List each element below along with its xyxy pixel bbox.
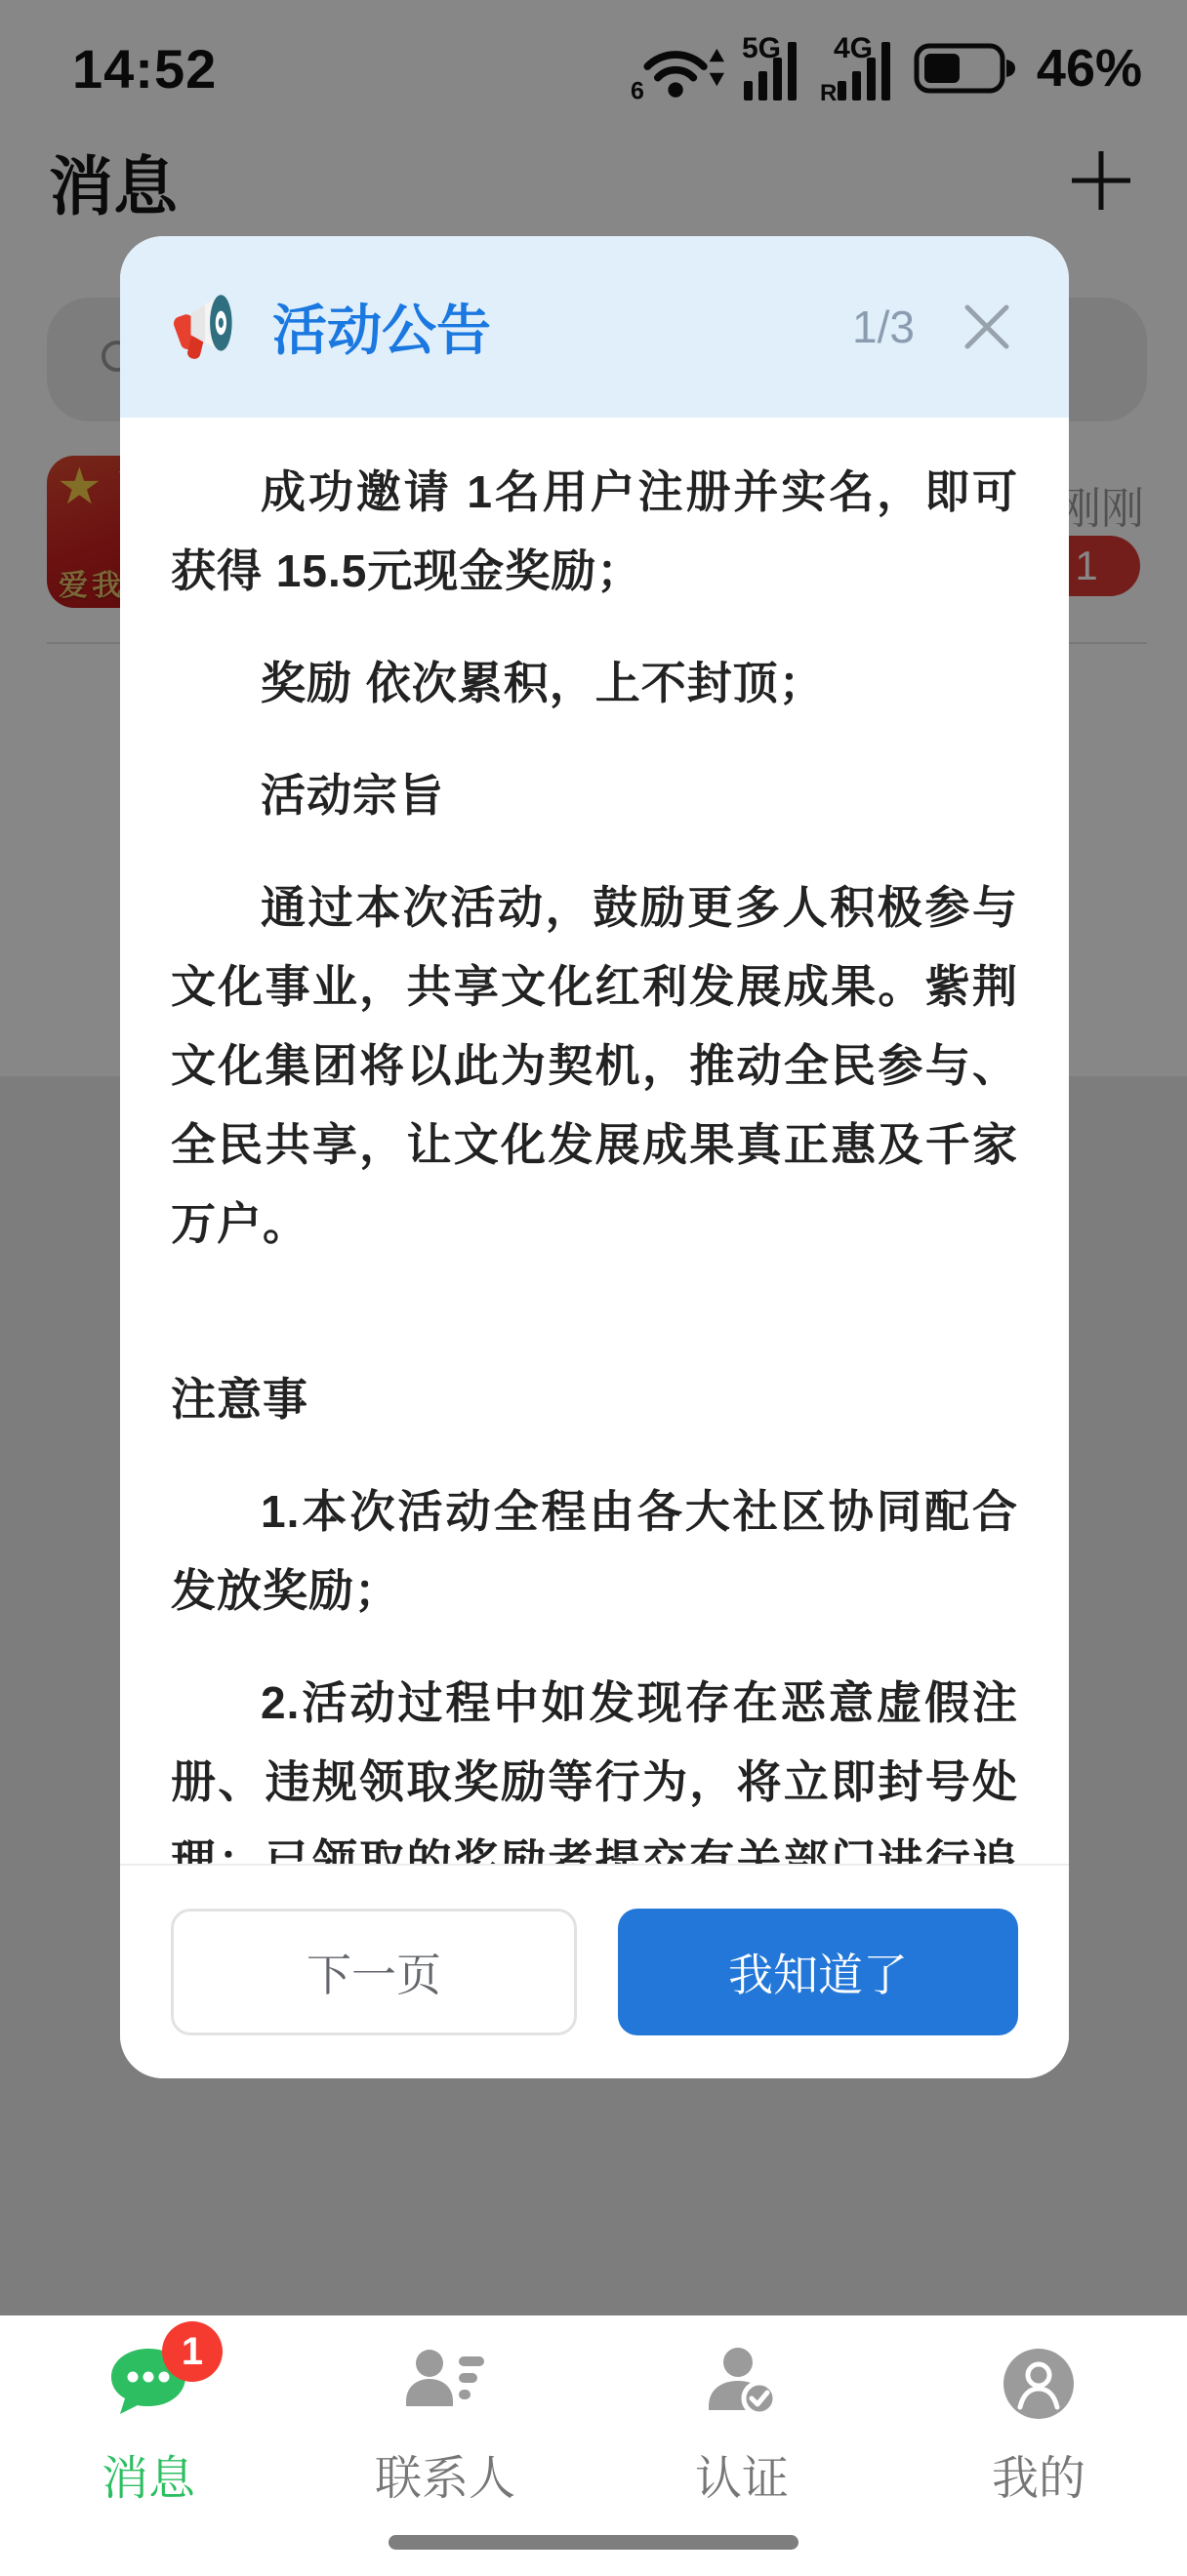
- announcement-paragraph: 活动宗旨: [171, 756, 1018, 835]
- app-screen: 14:52 6 5G R 4G: [0, 0, 1187, 2576]
- tab-label: 认证: [695, 2440, 789, 2508]
- tab-messages[interactable]: 1 消息: [0, 2337, 297, 2508]
- announcement-dialog: 活动公告 1/3 成功邀请 1名用户注册并实名，即可获得 15.5元现金奖励； …: [120, 236, 1069, 2078]
- tab-label: 消息: [102, 2440, 195, 2508]
- announcement-paragraph: 注意事: [171, 1360, 1018, 1439]
- dialog-title: 活动公告: [272, 288, 852, 366]
- dialog-footer: 下一页 我知道了: [120, 1864, 1069, 2078]
- tab-contacts[interactable]: 联系人: [297, 2337, 593, 2508]
- home-indicator[interactable]: [389, 2535, 798, 2550]
- announcement-body[interactable]: 成功邀请 1名用户注册并实名，即可获得 15.5元现金奖励； 奖励 依次累积，上…: [120, 418, 1069, 1864]
- announcement-paragraph: 2.活动过程中如发现存在恶意虚假注册、违规领取奖励等行为，将立即封号处理；已领取…: [171, 1664, 1018, 1864]
- megaphone-icon: [167, 287, 247, 367]
- page-counter: 1/3: [852, 301, 915, 353]
- next-page-button[interactable]: 下一页: [171, 1909, 577, 2035]
- dialog-header: 活动公告 1/3: [120, 236, 1069, 418]
- confirm-button[interactable]: 我知道了: [618, 1909, 1018, 2035]
- profile-avatar-icon: [992, 2337, 1085, 2431]
- close-icon: [961, 301, 1013, 353]
- tab-label: 我的: [992, 2440, 1085, 2508]
- contacts-icon: [398, 2337, 492, 2431]
- tab-unread-badge: 1: [162, 2321, 223, 2382]
- tab-verification[interactable]: 认证: [593, 2337, 890, 2508]
- close-button[interactable]: [960, 300, 1014, 354]
- announcement-paragraph: 奖励 依次累积，上不封顶；: [171, 644, 1018, 723]
- announcement-paragraph: 通过本次活动，鼓励更多人积极参与文化事业，共享文化红利发展成果。紫荆文化集团将以…: [171, 868, 1018, 1264]
- tab-me[interactable]: 我的: [890, 2337, 1187, 2508]
- tab-label: 联系人: [375, 2440, 515, 2508]
- announcement-paragraph: 成功邀请 1名用户注册并实名，即可获得 15.5元现金奖励；: [171, 453, 1018, 611]
- announcement-paragraph: 1.本次活动全程由各大社区协同配合发放奖励；: [171, 1472, 1018, 1630]
- verified-person-icon: [695, 2337, 789, 2431]
